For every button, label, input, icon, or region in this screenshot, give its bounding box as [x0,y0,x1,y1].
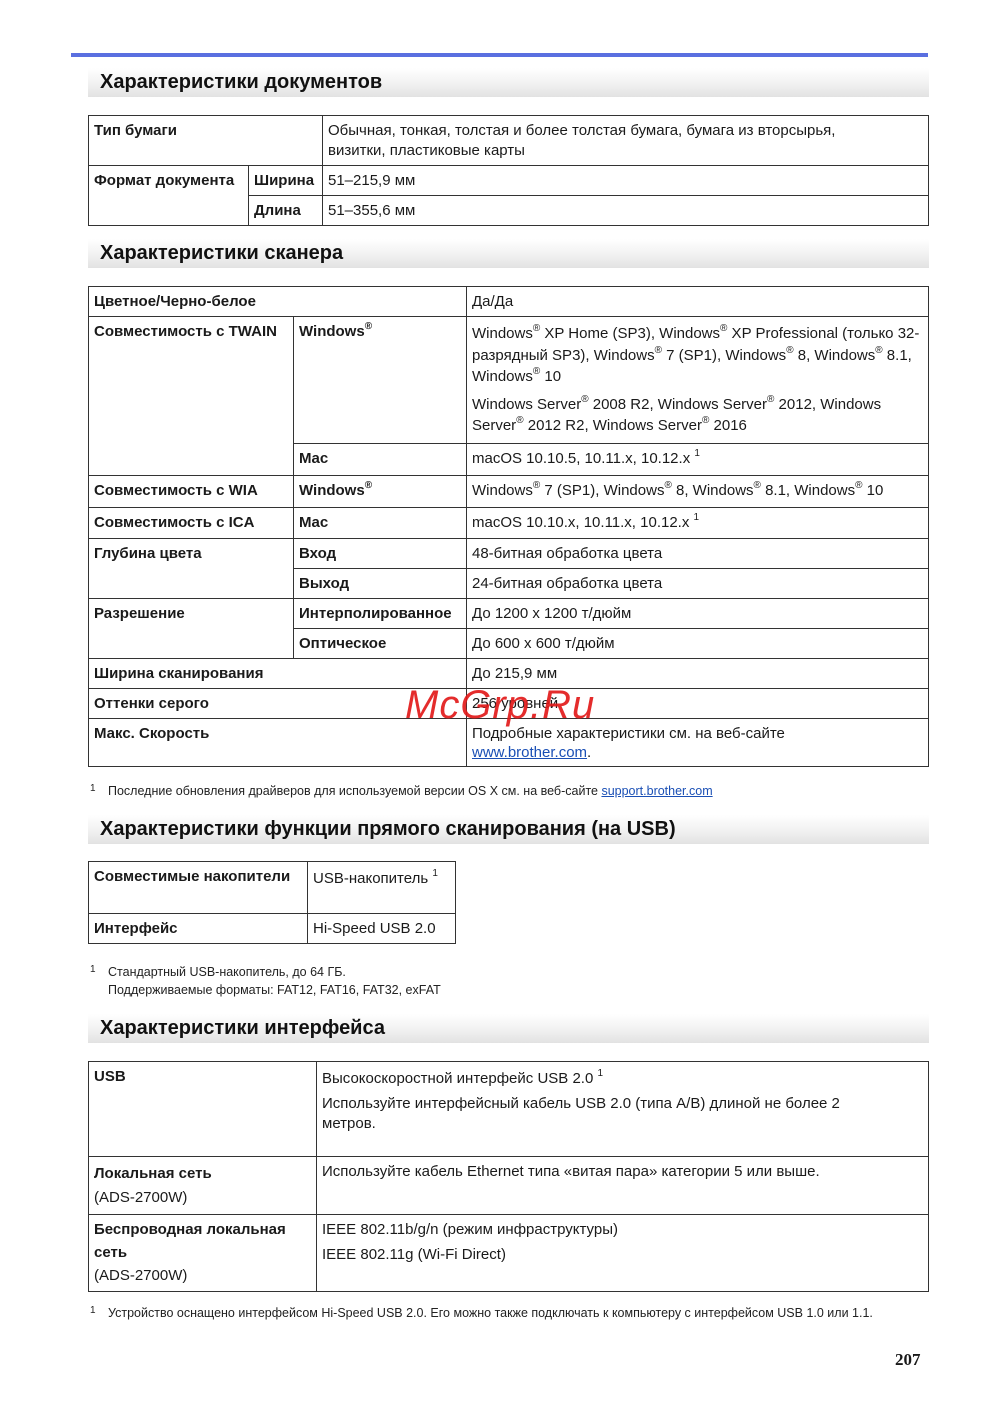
wlan-model: (ADS-2700W) [94,1264,311,1287]
table-row: Формат документа Ширина 51–215,9 мм [89,166,929,196]
table-row: Цветное/Черно-белое Да/Да [89,287,929,317]
footnote-number: 1 [90,780,96,798]
ica-label: Совместимость с ICA [89,507,294,538]
ica-value: macOS 10.10.x, 10.11.x, 10.12.x 1 [467,507,929,538]
scanner-table: Цветное/Черно-белое Да/Да Совместимость … [88,286,929,767]
table-row: USB Высокоскоростной интерфейс USB 2.0 1… [89,1062,929,1157]
color-depth-label: Глубина цвета [89,538,294,598]
section-heading-documents: Характеристики документов [88,68,929,97]
registered-mark: ® [365,480,372,491]
grayscale-value: 256 уровней [467,688,929,718]
table-row: Совместимые накопители USB-накопитель 1 [89,862,456,914]
table-row: Совместимость с WIA Windows® Windows® 7 … [89,475,929,507]
usb-speed: Высокоскоростной интерфейс USB 2.0 1 [322,1069,868,1089]
color-depth-input-label: Вход [294,538,467,568]
footnote-number: 1 [90,961,96,979]
registered-mark: ® [754,480,761,491]
twain-label: Совместимость с TWAIN [89,317,294,476]
os-name: Windows [299,323,365,340]
table-row: Беспроводная локальная сеть (ADS-2700W) … [89,1215,929,1292]
usb-label: USB [89,1062,317,1157]
resolution-label: Разрешение [89,598,294,658]
table-row: Локальная сеть (ADS-2700W) Используйте к… [89,1157,929,1215]
ica-mac-label: Mac [294,507,467,538]
footnote-ref: 1 [694,512,700,523]
table-row: Макс. Скорость Подробные характеристики … [89,718,929,766]
registered-mark: ® [533,480,540,491]
registered-mark: ® [786,345,793,356]
doc-length-label: Длина [249,196,323,226]
top-accent-rule [71,53,928,57]
registered-mark: ® [516,415,523,426]
color-depth-input-value: 48-битная обработка цвета [467,538,929,568]
scan-width-value: До 215,9 мм [467,658,929,688]
doc-length-value: 51–355,6 мм [323,196,929,226]
grayscale-label: Оттенки серого [89,688,467,718]
registered-mark: ® [767,394,774,405]
registered-mark: ® [533,366,540,377]
footnote-body: Устройство оснащено интерфейсом Hi-Speed… [90,1304,900,1322]
table-row: Совместимость с TWAIN Windows® Windows® … [89,317,929,444]
wlan-standard-wifi-direct: IEEE 802.11g (Wi-Fi Direct) [322,1242,923,1267]
lan-label: Локальная сеть [94,1162,311,1186]
brother-website-link[interactable]: www.brother.com [472,744,587,761]
interface-label: Интерфейс [89,914,308,944]
twain-windows-clients: Windows® XP Home (SP3), Windows® XP Prof… [472,323,923,388]
registered-mark: ® [664,480,671,491]
media-value: USB-накопитель 1 [308,862,456,914]
media-label: Совместимые накопители [89,862,308,914]
wlan-label-cell: Беспроводная локальная сеть (ADS-2700W) [89,1215,317,1292]
doc-width-label: Ширина [249,166,323,196]
max-speed-value: Подробные характеристики см. на веб-сайт… [467,718,929,766]
page-number: 207 [895,1350,921,1370]
footnote-ref: 1 [694,448,700,459]
interface-value: Hi-Speed USB 2.0 [308,914,456,944]
section-heading-scanner: Характеристики сканера [88,239,929,268]
table-row: Совместимость с ICA Mac macOS 10.10.x, 1… [89,507,929,538]
twain-windows-servers: Windows Server® 2008 R2, Windows Server®… [472,394,923,437]
table-row: Разрешение Интерполированное До 1200 x 1… [89,598,929,628]
scan-width-label: Ширина сканирования [89,658,467,688]
resolution-interp-label: Интерполированное [294,598,467,628]
registered-mark: ® [875,345,882,356]
color-depth-output-label: Выход [294,568,467,598]
wlan-label: Беспроводная локальная сеть [94,1218,309,1264]
lan-value: Используйте кабель Ethernet типа «витая … [317,1157,929,1215]
footnote-body: Последние обновления драйверов для испол… [108,784,601,798]
direct-scan-footnote: 1 Стандартный USB-накопитель, до 64 ГБ. … [90,963,441,999]
wlan-value: IEEE 802.11b/g/n (режим инфраструктуры) … [317,1215,929,1292]
documents-table: Тип бумаги Обычная, тонкая, толстая и бо… [88,115,929,226]
usb-speed-text: Высокоскоростной интерфейс USB 2.0 [322,1070,593,1087]
footnote-number: 1 [90,1302,96,1320]
wia-label: Совместимость с WIA [89,475,294,507]
table-row: Тип бумаги Обычная, тонкая, толстая и бо… [89,116,929,166]
interface-table: USB Высокоскоростной интерфейс USB 2.0 1… [88,1061,929,1292]
paper-type-value: Обычная, тонкая, толстая и более толстая… [323,116,929,166]
color-bw-value: Да/Да [467,287,929,317]
table-row: Оттенки серого 256 уровней [89,688,929,718]
footnote-line-2: Поддерживаемые форматы: FAT12, FAT16, FA… [90,981,441,999]
doc-width-value: 51–215,9 мм [323,166,929,196]
footnote-ref: 1 [597,1068,603,1079]
registered-mark: ® [581,394,588,405]
paper-type-label: Тип бумаги [89,116,323,166]
usb-value: Высокоскоростной интерфейс USB 2.0 1 Исп… [317,1062,929,1157]
footnote-text: Последние обновления драйверов для испол… [90,782,713,800]
usb-cable: Используйте интерфейсный кабель USB 2.0 … [322,1094,868,1134]
registered-mark: ® [702,415,709,426]
lan-model: (ADS-2700W) [94,1186,311,1210]
registered-mark: ® [365,321,372,332]
ica-text: macOS 10.10.x, 10.11.x, 10.12.x [472,514,689,531]
twain-mac-text: macOS 10.10.5, 10.11.x, 10.12.x [472,450,690,467]
section-heading-interface: Характеристики интерфейса [88,1014,929,1043]
direct-scan-table: Совместимые накопители USB-накопитель 1 … [88,861,456,944]
color-depth-output-value: 24-битная обработка цвета [467,568,929,598]
scanner-footnote: 1 Последние обновления драйверов для исп… [90,782,713,800]
wia-windows-label: Windows® [294,475,467,507]
table-row: Ширина сканирования До 215,9 мм [89,658,929,688]
section-heading-direct-scan: Характеристики функции прямого сканирова… [88,815,929,844]
media-text: USB-накопитель [313,870,428,887]
resolution-optical-label: Оптическое [294,628,467,658]
wlan-standard-infrastructure: IEEE 802.11b/g/n (режим инфраструктуры) [322,1217,923,1242]
registered-mark: ® [533,323,540,334]
twain-mac-value: macOS 10.10.5, 10.11.x, 10.12.x 1 [467,443,929,475]
table-row: Глубина цвета Вход 48-битная обработка ц… [89,538,929,568]
doc-format-label: Формат документа [89,166,249,226]
color-bw-label: Цветное/Черно-белое [89,287,467,317]
lan-label-cell: Локальная сеть (ADS-2700W) [89,1157,317,1215]
interface-footnote: 1 Устройство оснащено интерфейсом Hi-Spe… [90,1304,900,1322]
max-speed-suffix: . [587,744,591,761]
wia-value: Windows® 7 (SP1), Windows® 8, Windows® 8… [467,475,929,507]
os-name: Windows [299,482,365,499]
twain-windows-label: Windows® [294,317,467,444]
footnote-ref: 1 [432,868,438,879]
twain-windows-value: Windows® XP Home (SP3), Windows® XP Prof… [467,317,929,444]
table-row: Интерфейс Hi-Speed USB 2.0 [89,914,456,944]
registered-mark: ® [855,480,862,491]
max-speed-label: Макс. Скорость [89,718,467,766]
registered-mark: ® [655,345,662,356]
twain-mac-label: Mac [294,443,467,475]
max-speed-text: Подробные характеристики см. на веб-сайт… [472,725,785,742]
resolution-interp-value: До 1200 x 1200 т/дюйм [467,598,929,628]
footnote-line-1: Стандартный USB-накопитель, до 64 ГБ. [90,963,441,981]
resolution-optical-value: До 600 x 600 т/дюйм [467,628,929,658]
registered-mark: ® [720,323,727,334]
support-website-link[interactable]: support.brother.com [601,784,712,798]
